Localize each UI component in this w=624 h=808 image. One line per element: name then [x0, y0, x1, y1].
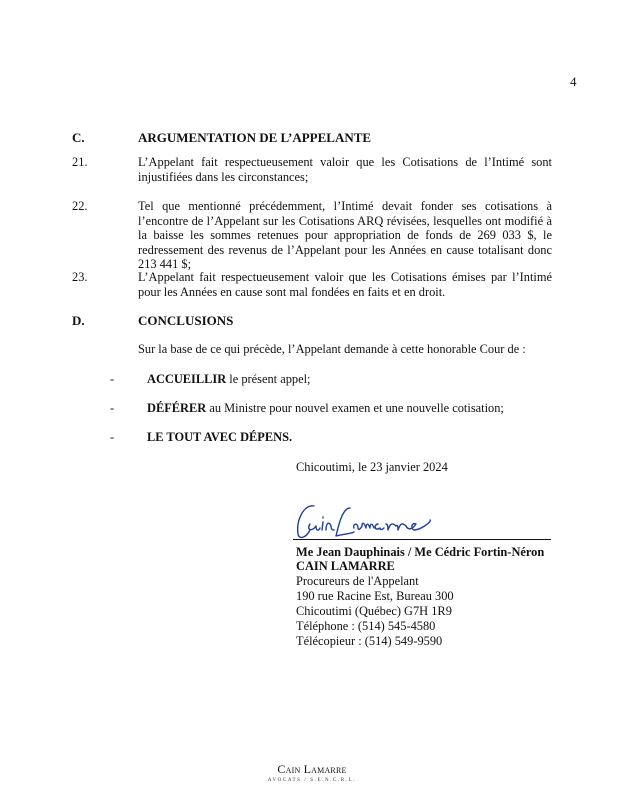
signature-line: [293, 539, 551, 540]
bullet-text: au Ministre pour nouvel examen et une no…: [206, 401, 504, 415]
section-d-letter: D.: [72, 313, 85, 329]
paragraph-22-text: Tel que mentionné précédemment, l’Intimé…: [138, 199, 552, 272]
place-date: Chicoutimi, le 23 janvier 2024: [296, 460, 448, 474]
paragraph-22-number: 22.: [72, 199, 88, 214]
phone-number: Téléphone : (514) 545-4580: [296, 619, 435, 633]
section-c-title: ARGUMENTATION DE L’APPELANTE: [138, 130, 371, 146]
paragraph-23-text: L’Appelant fait respectueusement valoir …: [138, 270, 552, 299]
signatories: Me Jean Dauphinais / Me Cédric Fortin-Né…: [296, 545, 544, 559]
firm-name: CAIN LAMARRE: [296, 559, 395, 573]
address-line-1: 190 rue Racine Est, Bureau 300: [296, 589, 454, 603]
footer-firm-subtitle: AVOCATS / S.E.N.C.R.L.: [0, 778, 624, 783]
conclusions-intro: Sur la base de ce qui précède, l’Appelan…: [138, 342, 526, 357]
section-c-letter: C.: [72, 130, 85, 146]
bullet-text: le présent appel;: [226, 372, 310, 386]
page-number: 4: [570, 74, 577, 90]
conclusion-accueillir: ACCUEILLIR le présent appel;: [147, 372, 310, 387]
conclusion-deferer: DÉFÉRER au Ministre pour nouvel examen e…: [147, 401, 504, 416]
bullet-keyword: ACCUEILLIR: [147, 372, 226, 386]
handwritten-signature-icon: [292, 500, 452, 542]
paragraph-21-number: 21.: [72, 155, 88, 170]
paragraph-21-text: L’Appelant fait respectueusement valoir …: [138, 155, 552, 184]
bullet-dash: -: [110, 372, 114, 387]
paragraph-23-number: 23.: [72, 270, 88, 285]
bullet-dash: -: [110, 430, 114, 445]
section-d-title: CONCLUSIONS: [138, 313, 233, 329]
bullet-dash: -: [110, 401, 114, 416]
footer-firm-logo: Cain Lamarre: [0, 762, 624, 777]
bullet-keyword: DÉFÉRER: [147, 401, 206, 415]
address-line-2: Chicoutimi (Québec) G7H 1R9: [296, 604, 452, 618]
conclusion-depens: LE TOUT AVEC DÉPENS.: [147, 430, 292, 445]
counsel-role: Procureurs de l'Appelant: [296, 574, 419, 588]
fax-number: Télécopieur : (514) 549-9590: [296, 634, 442, 648]
bullet-keyword: LE TOUT AVEC DÉPENS.: [147, 430, 292, 444]
